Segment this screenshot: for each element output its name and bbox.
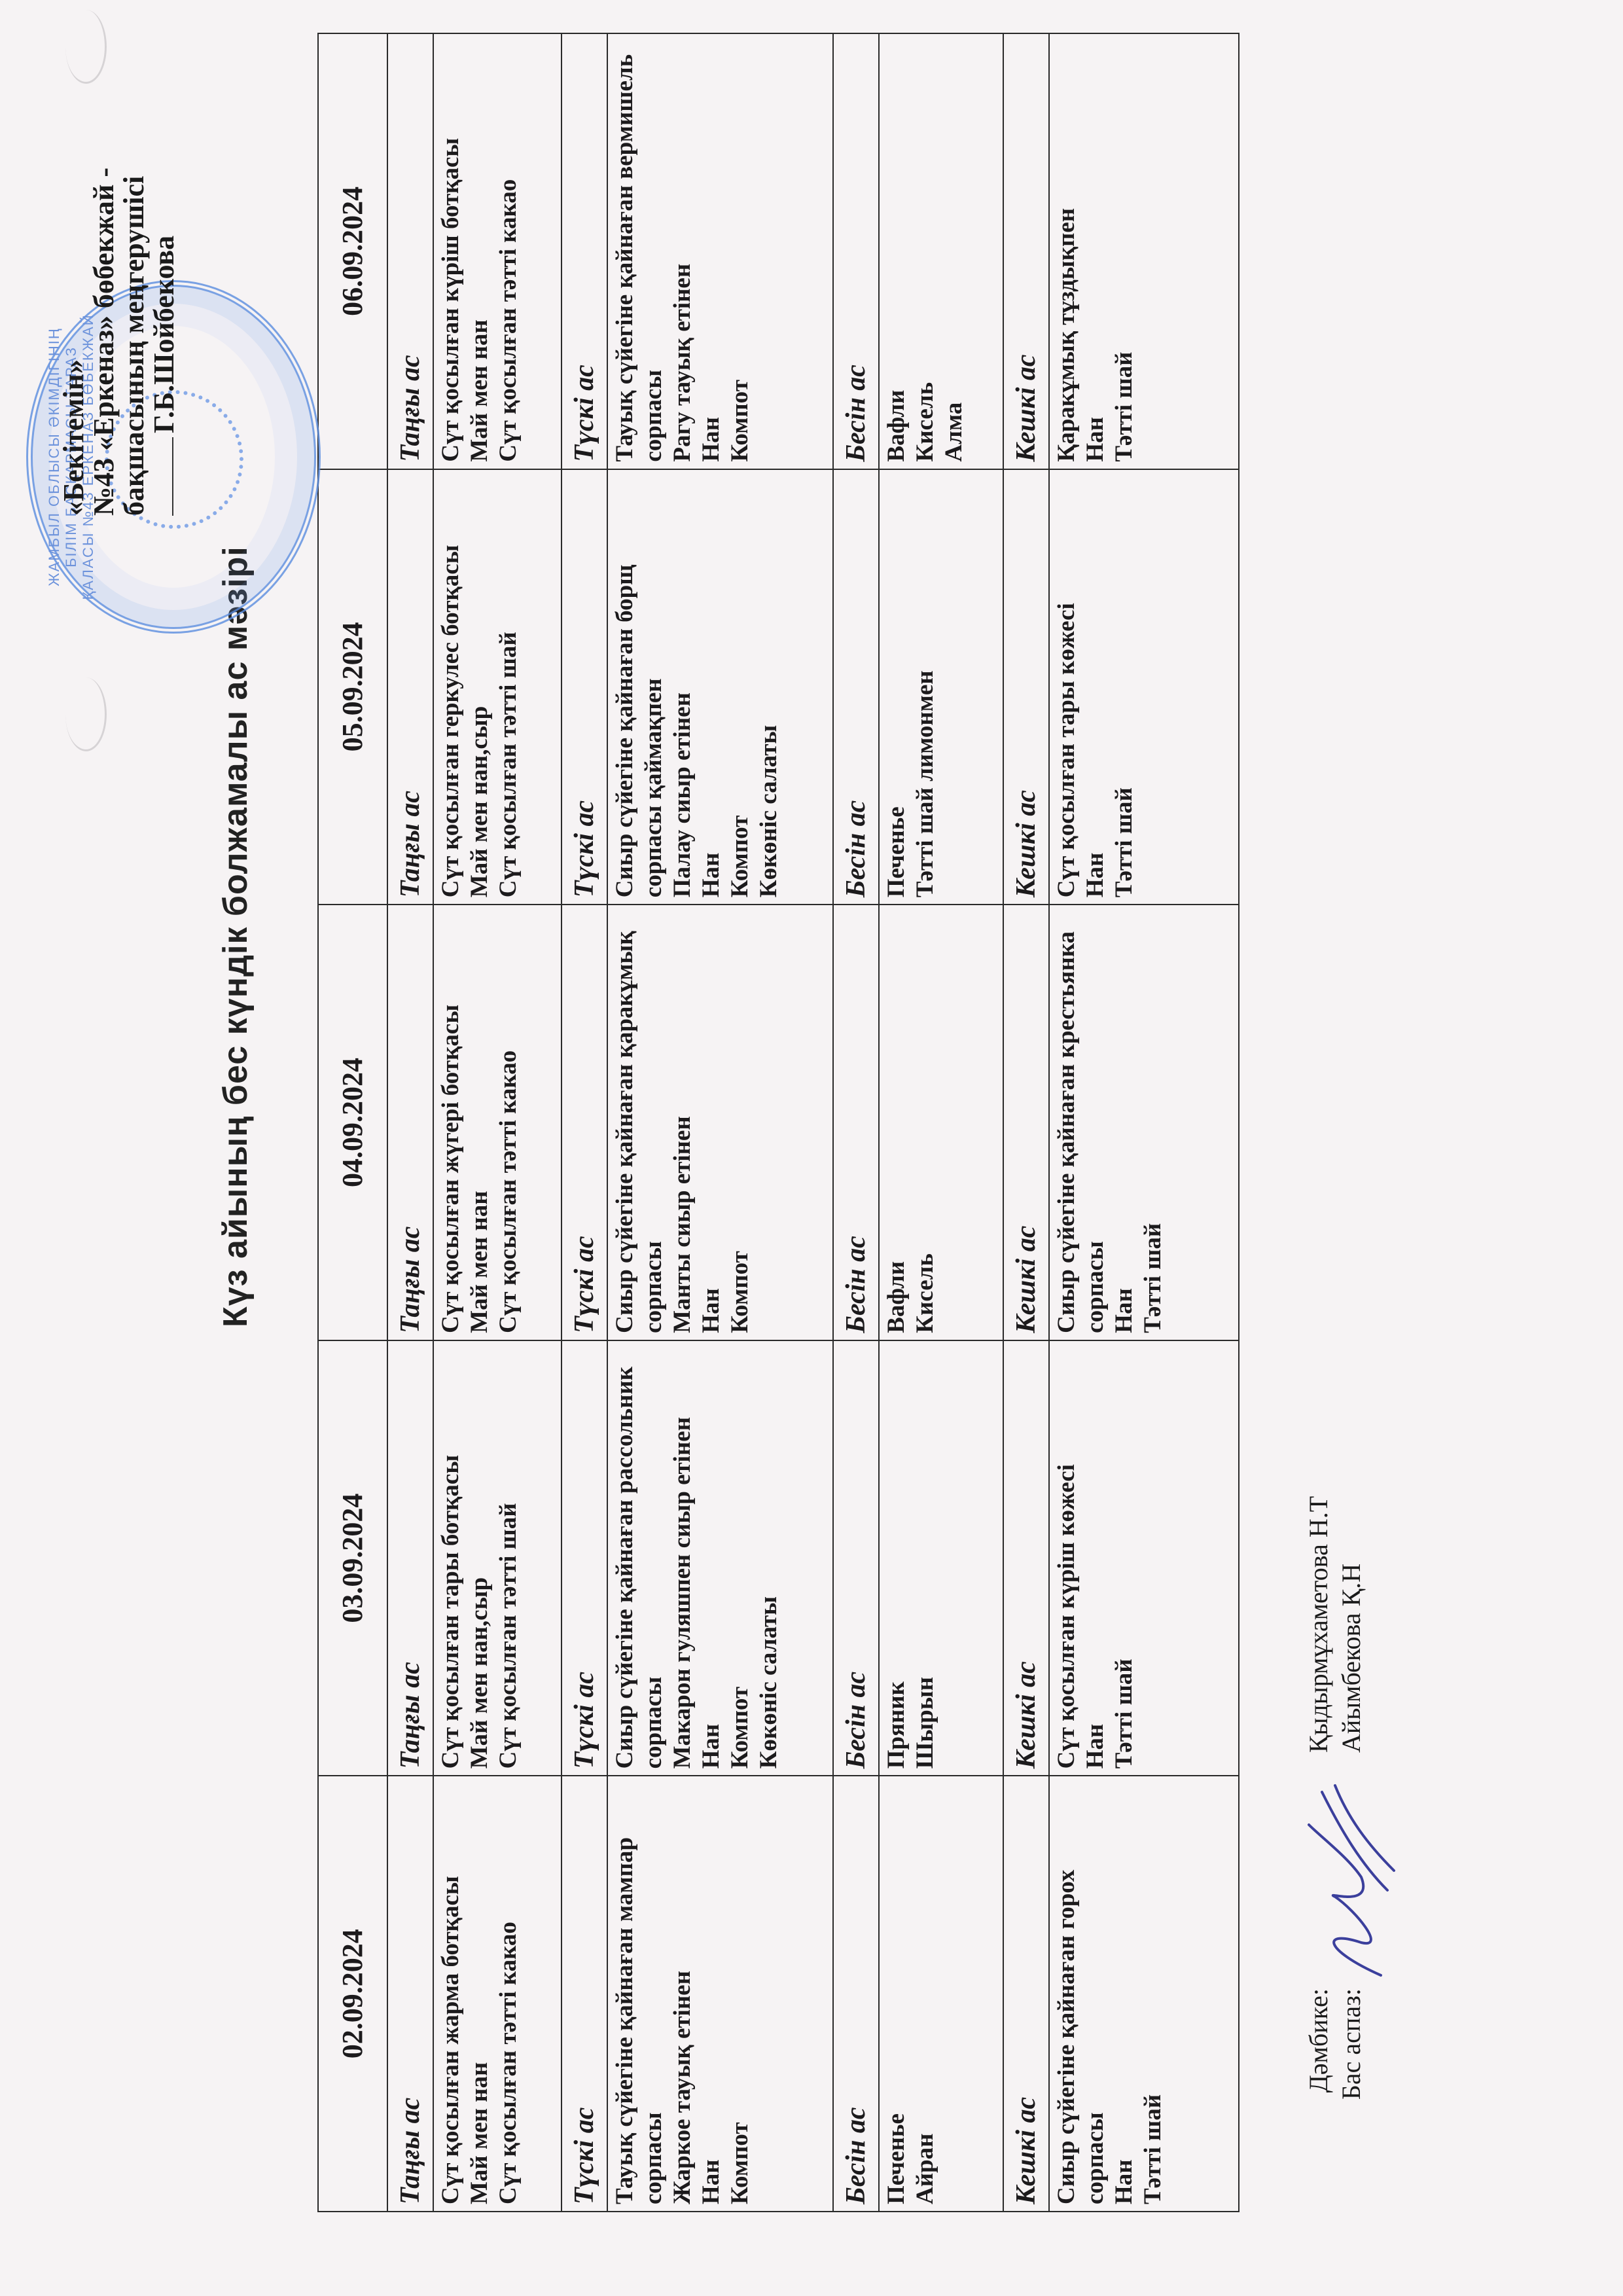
meal-label-lunch: Түскі ас bbox=[562, 33, 607, 469]
signature-line bbox=[172, 437, 173, 516]
date-header: 02.09.2024 bbox=[318, 1776, 387, 2212]
meal-label-dinner: Кешкі ас bbox=[1003, 1340, 1049, 1776]
dish-item: Тауық сүйегіне қайнаған вермишель сорпас… bbox=[611, 41, 668, 462]
menu-cell: Сиыр сүйегіне қайнаған қаракұмық сорпасы… bbox=[607, 905, 833, 1340]
dish-item: Нан bbox=[1110, 1783, 1139, 2204]
dish-item: Тауық сүйегіне қайнаған мампар сорпасы bbox=[611, 1783, 668, 2204]
menu-cell: Сиыр сүйегіне қайнаған крестьянка сорпас… bbox=[1049, 905, 1239, 1340]
dish-item: Тәтті шай bbox=[1139, 1783, 1168, 2204]
punch-hole-mark bbox=[65, 10, 107, 84]
dish-item: Сүт қосылған тәтті какао bbox=[494, 912, 523, 1333]
menu-cell: ПеченьеАйран bbox=[879, 1776, 1003, 2212]
meal-label-snack: Бесін ас bbox=[833, 1776, 879, 2212]
menu-cell: Сүт қосылған күріш ботқасыМай мен нанСүт… bbox=[433, 33, 562, 469]
dish-item: Печенье bbox=[882, 476, 911, 898]
dish-item: Қаракұмық тұздықпен bbox=[1052, 41, 1081, 462]
menu-cell: Сүт қосылған жүгері ботқасыМай мен нанСү… bbox=[433, 905, 562, 1340]
dish-item: Май мен нан bbox=[465, 912, 494, 1333]
dish-item: Кисель bbox=[911, 912, 940, 1333]
chef-name: Айымбекова Қ.Н bbox=[1335, 1564, 1368, 1753]
meal-label-dinner: Кешкі ас bbox=[1003, 33, 1049, 469]
date-header: 03.09.2024 bbox=[318, 1340, 387, 1776]
approval-line-3: бақшасының меңгерушісі bbox=[119, 110, 149, 516]
dish-item: Вафли bbox=[882, 41, 911, 462]
dish-item: Сүт қосылған геркулес ботқасы bbox=[437, 476, 465, 898]
approval-line-1: «Бекітемін» bbox=[59, 110, 89, 516]
menu-cell: Сүт қосылған тары ботқасыМай мен нан,сыр… bbox=[433, 1340, 562, 1776]
dish-item: Нан bbox=[1110, 912, 1139, 1333]
meal-header-row-snack: Бесін асБесін асБесін асБесін асБесін ас bbox=[833, 33, 879, 2212]
meal-label-breakfast: Таңғы ас bbox=[387, 1340, 433, 1776]
dish-item: Компот bbox=[726, 1783, 755, 2204]
dish-item: Пряник bbox=[882, 1348, 911, 1769]
dish-item: Печенье bbox=[882, 1783, 911, 2204]
nurse-label: Дәмбике: bbox=[1302, 1969, 1335, 2211]
meal-label-snack: Бесін ас bbox=[833, 469, 879, 905]
chef-label: Бас аспаз: bbox=[1335, 1969, 1368, 2211]
meal-header-row-lunch: Түскі асТүскі асТүскі асТүскі асТүскі ас bbox=[562, 33, 607, 2212]
meal-items-row-snack: ПеченьеАйранПряникШырынВафлиКисельПечень… bbox=[879, 33, 1003, 2212]
dish-item: Жаркое тауық етінен bbox=[668, 1783, 697, 2204]
dish-item: Көкөніс салаты bbox=[755, 476, 783, 898]
director-name: Г.Б.Шойбекова bbox=[148, 236, 180, 433]
dish-item: Алма bbox=[940, 41, 969, 462]
approval-line-4: Г.Б.Шойбекова bbox=[149, 110, 179, 516]
dish-item: Сүт қосылған күріш көжесі bbox=[1052, 1348, 1081, 1769]
dish-item: Нан bbox=[1081, 476, 1110, 898]
dish-item: Май мен нан bbox=[465, 41, 494, 462]
dish-item: Компот bbox=[726, 912, 755, 1333]
meal-label-breakfast: Таңғы ас bbox=[387, 1776, 433, 2212]
meal-label-lunch: Түскі ас bbox=[562, 1340, 607, 1776]
dish-item: Сиыр сүйегіне қайнаған горох сорпасы bbox=[1052, 1783, 1110, 2204]
dish-item: Нан bbox=[697, 41, 726, 462]
dish-item: Сүт қосылған жарма ботқасы bbox=[437, 1783, 465, 2204]
menu-cell: Тауық сүйегіне қайнаған мампар сорпасыЖа… bbox=[607, 1776, 833, 2212]
meal-label-breakfast: Таңғы ас bbox=[387, 469, 433, 905]
dish-item: Палау сиыр етінен bbox=[668, 476, 697, 898]
menu-cell: Сүт қосылған геркулес ботқасыМай мен нан… bbox=[433, 469, 562, 905]
meal-label-dinner: Кешкі ас bbox=[1003, 1776, 1049, 2212]
dish-item: Май мен нан bbox=[465, 1783, 494, 2204]
dish-item: Рагу тауық етінен bbox=[668, 41, 697, 462]
dish-item: Компот bbox=[726, 476, 755, 898]
dish-item: Сиыр сүйегіне қайнаған рассольник сорпас… bbox=[611, 1348, 668, 1769]
page-title: Күз айының бес күндік болжамалы ас мәзір… bbox=[216, 542, 255, 1327]
dish-item: Сүт қосылған тары ботқасы bbox=[437, 1348, 465, 1769]
dish-item: Тәтті шай лимонмен bbox=[911, 476, 940, 898]
meal-label-breakfast: Таңғы ас bbox=[387, 905, 433, 1340]
dish-item: Май мен нан,сыр bbox=[465, 1348, 494, 1769]
date-header: 04.09.2024 bbox=[318, 905, 387, 1340]
menu-cell: ВафлиКисель bbox=[879, 905, 1003, 1340]
meal-items-row-dinner: Сиыр сүйегіне қайнаған горох сорпасыНанТ… bbox=[1049, 33, 1239, 2212]
dish-item: Айран bbox=[911, 1783, 940, 2204]
meal-header-row-dinner: Кешкі асКешкі асКешкі асКешкі асКешкі ас bbox=[1003, 33, 1049, 2212]
menu-cell: ВафлиКисельАлма bbox=[879, 33, 1003, 469]
dish-item: Кисель bbox=[911, 41, 940, 462]
dish-item: Сиыр сүйегіне қайнаған борщ сорпасы қайм… bbox=[611, 476, 668, 898]
meal-label-lunch: Түскі ас bbox=[562, 905, 607, 1340]
dish-item: Сиыр сүйегіне қайнаған крестьянка сорпас… bbox=[1052, 912, 1110, 1333]
dish-item: Нан bbox=[697, 912, 726, 1333]
dish-item: Сүт қосылған тары көжесі bbox=[1052, 476, 1081, 898]
dish-item: Тәтті шай bbox=[1110, 41, 1139, 462]
date-header: 05.09.2024 bbox=[318, 469, 387, 905]
menu-cell: Сүт қосылған күріш көжесіНанТәтті шай bbox=[1049, 1340, 1239, 1776]
dish-item: Компот bbox=[726, 41, 755, 462]
dish-item: Нан bbox=[1081, 41, 1110, 462]
menu-cell: Сиыр сүйегіне қайнаған борщ сорпасы қайм… bbox=[607, 469, 833, 905]
handwritten-signature bbox=[1283, 1779, 1414, 1988]
dish-item: Сиыр сүйегіне қайнаған қаракұмық сорпасы bbox=[611, 912, 668, 1333]
meal-label-lunch: Түскі ас bbox=[562, 469, 607, 905]
dish-item: Сүт қосылған тәтті какао bbox=[494, 41, 523, 462]
dish-item: Тәтті шай bbox=[1139, 912, 1168, 1333]
approval-block: «Бекітемін» №43 «Еркеназ» бөбекжай - бақ… bbox=[59, 110, 179, 516]
meal-label-snack: Бесін ас bbox=[833, 905, 879, 1340]
dish-item: Тәтті шай bbox=[1110, 476, 1139, 898]
punch-hole-mark bbox=[65, 677, 107, 751]
dish-item: Нан bbox=[697, 476, 726, 898]
dish-item: Сүт қосылған тәтті какао bbox=[494, 1783, 523, 2204]
menu-cell: Сүт қосылған жарма ботқасыМай мен нанСүт… bbox=[433, 1776, 562, 2212]
date-header: 06.09.2024 bbox=[318, 33, 387, 469]
nurse-name: Қыдырмұхаметова Н.Т bbox=[1302, 1496, 1335, 1753]
menu-cell: ПряникШырын bbox=[879, 1340, 1003, 1776]
meal-label-dinner: Кешкі ас bbox=[1003, 905, 1049, 1340]
dish-item: Көкөніс салаты bbox=[755, 1348, 783, 1769]
meal-label-breakfast: Таңғы ас bbox=[387, 33, 433, 469]
dish-item: Сүт қосылған күріш ботқасы bbox=[437, 41, 465, 462]
meal-label-snack: Бесін ас bbox=[833, 1340, 879, 1776]
dish-item: Нан bbox=[697, 1783, 726, 2204]
dish-item: Сүт қосылған тәтті шай bbox=[494, 1348, 523, 1769]
menu-cell: Сүт қосылған тары көжесіНанТәтті шай bbox=[1049, 469, 1239, 905]
meal-label-snack: Бесін ас bbox=[833, 33, 879, 469]
rotated-document-page: ЖАМБЫЛ ОБЛЫСЫ ӘКІМДІГІНІҢ БІЛІМ БАСҚАРМА… bbox=[0, 0, 1623, 2296]
dish-item: Компот bbox=[726, 1348, 755, 1769]
menu-cell: Қаракұмық тұздықпенНанТәтті шай bbox=[1049, 33, 1239, 469]
meal-label-dinner: Кешкі ас bbox=[1003, 469, 1049, 905]
dish-item: Манты сиыр етінен bbox=[668, 912, 697, 1333]
dish-item: Нан bbox=[697, 1348, 726, 1769]
meal-items-row-lunch: Тауық сүйегіне қайнаған мампар сорпасыЖа… bbox=[607, 33, 833, 2212]
dish-item: Нан bbox=[1081, 1348, 1110, 1769]
date-header-row: 02.09.2024 03.09.2024 04.09.2024 05.09.2… bbox=[318, 33, 387, 2212]
menu-cell: ПеченьеТәтті шай лимонмен bbox=[879, 469, 1003, 905]
meal-header-row-breakfast: Таңғы асТаңғы асТаңғы асТаңғы асТаңғы ас bbox=[387, 33, 433, 2212]
dish-item: Сүт қосылған жүгері ботқасы bbox=[437, 912, 465, 1333]
dish-item: Сүт қосылған тәтті шай bbox=[494, 476, 523, 898]
dish-item: Тәтті шай bbox=[1110, 1348, 1139, 1769]
meal-items-row-breakfast: Сүт қосылған жарма ботқасыМай мен нанСүт… bbox=[433, 33, 562, 2212]
menu-cell: Сиыр сүйегіне қайнаған рассольник сорпас… bbox=[607, 1340, 833, 1776]
approval-line-2: №43 «Еркеназ» бөбекжай - bbox=[89, 110, 119, 516]
dish-item: Макарон гуляшпен сиыр етінен bbox=[668, 1348, 697, 1769]
dish-item: Вафли bbox=[882, 912, 911, 1333]
dish-item: Май мен нан,сыр bbox=[465, 476, 494, 898]
meal-label-lunch: Түскі ас bbox=[562, 1776, 607, 2212]
menu-table: 02.09.2024 03.09.2024 04.09.2024 05.09.2… bbox=[317, 33, 1240, 2212]
menu-cell: Сиыр сүйегіне қайнаған горох сорпасыНанТ… bbox=[1049, 1776, 1239, 2212]
dish-item: Шырын bbox=[911, 1348, 940, 1769]
menu-cell: Тауық сүйегіне қайнаған вермишель сорпас… bbox=[607, 33, 833, 469]
